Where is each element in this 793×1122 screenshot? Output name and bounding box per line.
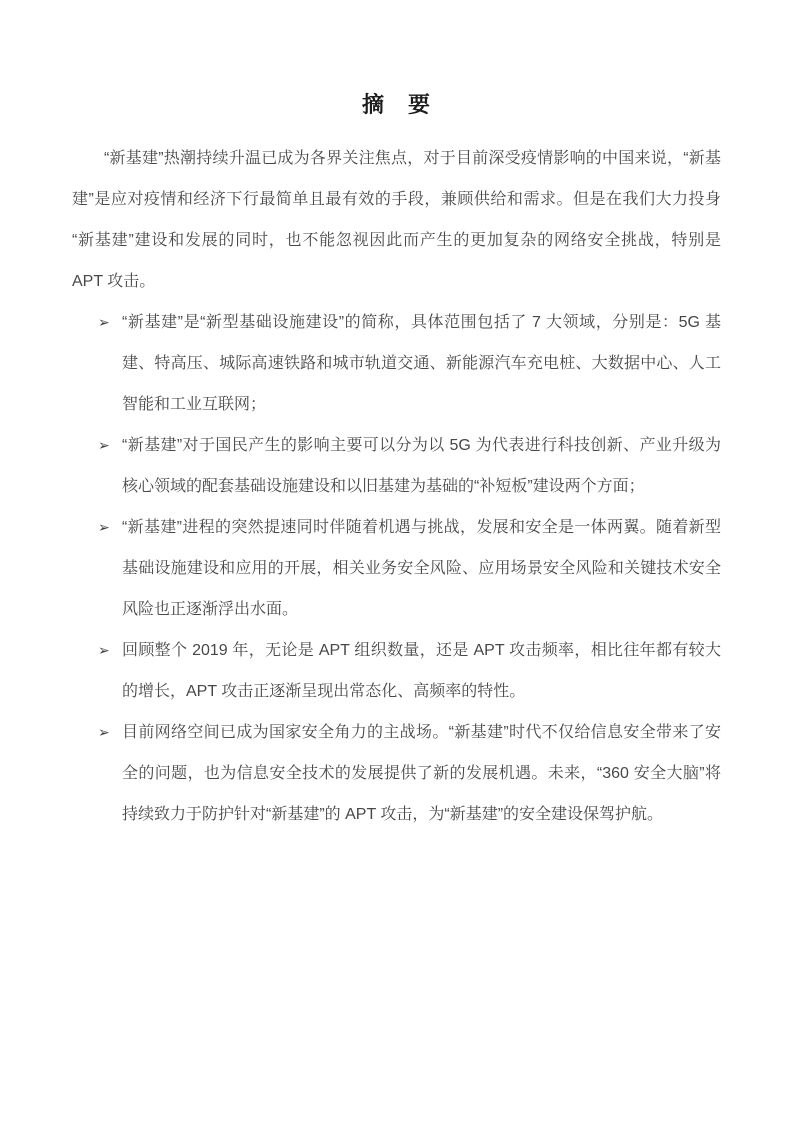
arrow-bullet-icon: ➢ [98, 712, 110, 753]
list-item-text: 回顾整个 2019 年，无论是 APT 组织数量，还是 APT 攻击频率，相比往… [122, 642, 721, 700]
document-page: 摘 要 “新基建”热潮持续升温已成为各界关注焦点，对于目前深受疫情影响的中国来说… [0, 0, 793, 1122]
list-item-text: “新基建”进程的突然提速同时伴随着机遇与挑战，发展和安全是一体两翼。随着新型基础… [122, 519, 721, 618]
intro-paragraph: “新基建”热潮持续升温已成为各界关注焦点，对于目前深受疫情影响的中国来说，“新基… [72, 138, 721, 302]
page-title: 摘 要 [72, 88, 721, 122]
arrow-bullet-icon: ➢ [98, 302, 110, 343]
list-item: ➢ “新基建”是“新型基础设施建设”的简称，具体范围包括了 7 大领域，分别是：… [72, 302, 721, 425]
list-item: ➢ 目前网络空间已成为国家安全角力的主战场。“新基建”时代不仅给信息安全带来了安… [72, 712, 721, 835]
list-item: ➢ “新基建”进程的突然提速同时伴随着机遇与挑战，发展和安全是一体两翼。随着新型… [72, 507, 721, 630]
arrow-bullet-icon: ➢ [98, 630, 110, 671]
list-item-text: “新基建”是“新型基础设施建设”的简称，具体范围包括了 7 大领域，分别是：5G… [122, 314, 721, 413]
summary-bullet-list: ➢ “新基建”是“新型基础设施建设”的简称，具体范围包括了 7 大领域，分别是：… [72, 302, 721, 835]
list-item-text: 目前网络空间已成为国家安全角力的主战场。“新基建”时代不仅给信息安全带来了安全的… [122, 724, 721, 823]
list-item: ➢ 回顾整个 2019 年，无论是 APT 组织数量，还是 APT 攻击频率，相… [72, 630, 721, 712]
list-item-text: “新基建”对于国民产生的影响主要可以分为以 5G 为代表进行科技创新、产业升级为… [122, 437, 721, 495]
list-item: ➢ “新基建”对于国民产生的影响主要可以分为以 5G 为代表进行科技创新、产业升… [72, 425, 721, 507]
arrow-bullet-icon: ➢ [98, 507, 110, 548]
arrow-bullet-icon: ➢ [98, 425, 110, 466]
